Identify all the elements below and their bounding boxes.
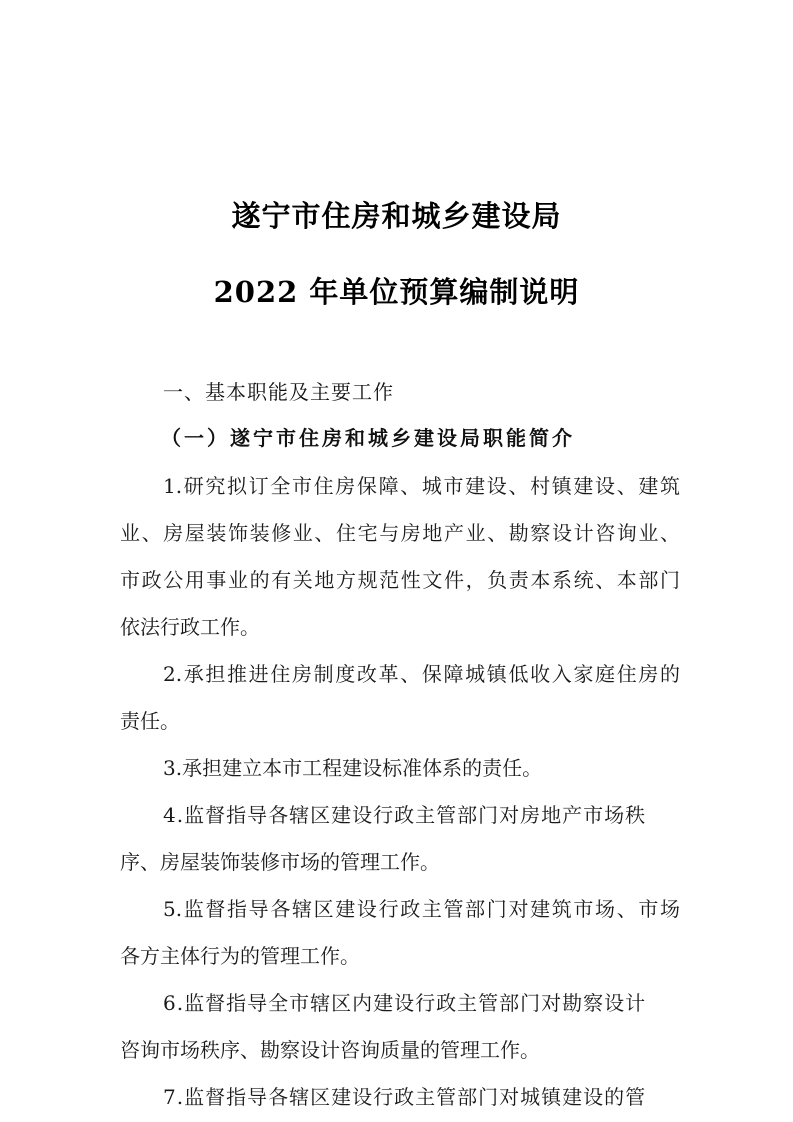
item-1-line-1: 1.研究拟订全市住房保障、城市建设、村镇建设、建筑 (163, 472, 680, 500)
item-7-line-1: 7.监督指导各辖区建设行政主管部门对城镇建设的管 (163, 1083, 680, 1111)
document-title-line1: 遂宁市住房和城乡建设局 (0, 198, 793, 234)
item-3-line-1: 3.承担建立本市工程建设标准体系的责任。 (163, 754, 680, 782)
item-6-line-1: 6.监督指导全市辖区内建设行政主管部门对勘察设计 (163, 989, 680, 1017)
item-1-line-4: 依法行政工作。 (120, 613, 680, 641)
item-6-line-2: 咨询市场秩序、勘察设计咨询质量的管理工作。 (120, 1036, 680, 1064)
document-page: 遂宁市住房和城乡建设局 2022 年单位预算编制说明 一、基本职能及主要工作 （… (0, 0, 793, 1122)
subsection-heading: （一）遂宁市住房和城乡建设局职能简介 (161, 424, 575, 452)
item-1-line-3: 市政公用事业的有关地方规范性文件，负责本系统、本部门 (120, 566, 680, 594)
item-5-line-2: 各方主体行为的管理工作。 (120, 942, 680, 970)
item-2-line-1: 2.承担推进住房制度改革、保障城镇低收入家庭住房的 (163, 660, 680, 688)
item-5-line-1: 5.监督指导各辖区建设行政主管部门对建筑市场、市场 (163, 895, 680, 923)
item-4-line-2: 序、房屋装饰装修市场的管理工作。 (120, 848, 680, 876)
section-heading: 一、基本职能及主要工作 (163, 378, 394, 406)
document-title-line2: 2022 年单位预算编制说明 (0, 274, 793, 310)
item-1-line-2: 业、房屋装饰装修业、住宅与房地产业、勘察设计咨询业、 (120, 519, 680, 547)
item-2-line-2: 责任。 (120, 707, 680, 735)
item-4-line-1: 4.监督指导各辖区建设行政主管部门对房地产市场秩 (163, 801, 680, 829)
